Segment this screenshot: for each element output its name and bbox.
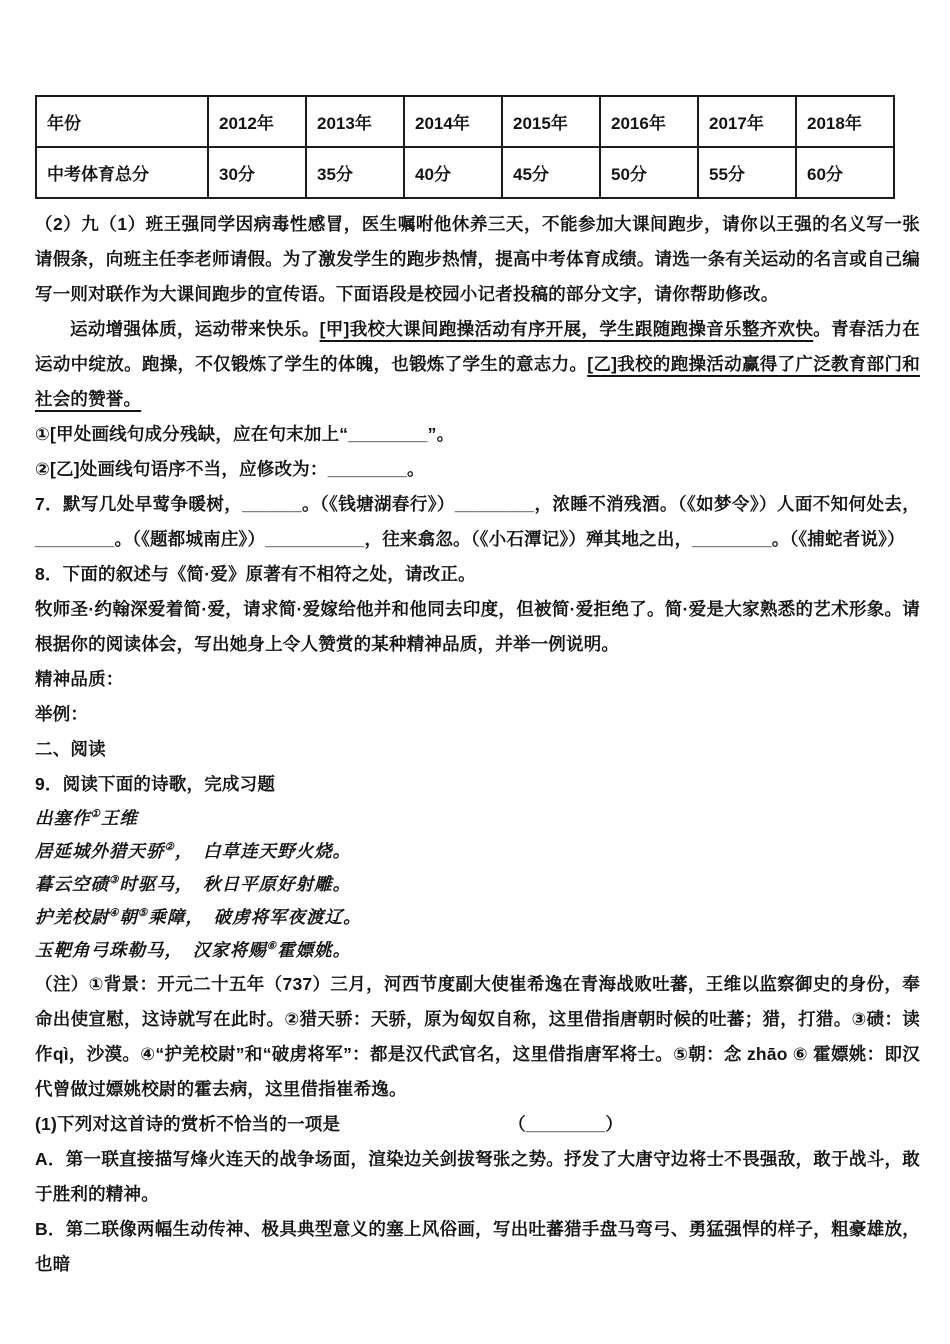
poem-line-2-a: 暮云空碛 [35, 874, 109, 894]
table-cell: 2015年 [502, 96, 600, 147]
poem-notes: （注）①背景：开元二十五年（737）三月，河西节度副大使崔希逸在青海战败吐蕃，王… [35, 967, 920, 1107]
option-b: B．第二联像两幅生动传神、极具典型意义的塞上风俗画，写出吐蕃猎手盘马弯弓、勇猛强… [35, 1212, 920, 1282]
table-data-row: 中考体育总分 30分 35分 40分 45分 50分 55分 60分 [36, 147, 894, 198]
table-cell: 30分 [208, 147, 306, 198]
poem-author: 王维 [101, 808, 138, 828]
poem-line-3: 护羌校尉④朝⑤乘障， 破虏将军夜渡辽。 [35, 901, 920, 934]
poem-title: 出塞作①王维 [35, 802, 920, 835]
q6-part2-text: （2）九（1）班王强同学因病毒性感冒，医生嘱咐他休养三天，不能参加大课间跑步，请… [35, 207, 920, 312]
poem-note-mark-1: ① [91, 809, 101, 820]
table-header-row: 年份 2012年 2013年 2014年 2015年 2016年 2017年 2… [36, 96, 894, 147]
option-a: A．第一联直接描写烽火连天的战争场面，渲染边关剑拔弩张之势。抒发了大唐守边将士不… [35, 1142, 920, 1212]
poem-line-3-b: 朝 [119, 907, 138, 927]
table-cell-year-label: 年份 [36, 96, 208, 147]
table-cell: 60分 [796, 147, 894, 198]
table-cell: 2014年 [404, 96, 502, 147]
q8-label-quality: 精神品质： [35, 662, 920, 697]
q8-label-example: 举例： [35, 697, 920, 732]
q9-sub1: (1)下列对这首诗的赏析不恰当的一项是（________） [35, 1107, 920, 1142]
poem-line-1: 居延城外猎天骄②， 白草连天野火烧。 [35, 835, 920, 868]
q8-stem: 8．下面的叙述与《简·爱》原著有不相符之处，请改正。 [35, 557, 920, 592]
table-cell: 2012年 [208, 96, 306, 147]
score-table: 年份 2012年 2013年 2014年 2015年 2016年 2017年 2… [35, 95, 895, 199]
poem-line-1-a: 居延城外猎天骄 [35, 841, 165, 861]
poem-note-mark-3: ③ [109, 875, 119, 886]
poem-line-3-a: 护羌校尉 [35, 907, 109, 927]
poem-title-text: 出塞作 [35, 808, 91, 828]
q6-passage: 运动增强体质，运动带来快乐。[甲]我校大课间跑操活动有序开展，学生跟随跑操音乐整… [35, 312, 920, 417]
table-cell: 55分 [698, 147, 796, 198]
table-cell: 45分 [502, 147, 600, 198]
q6-edit2: ②[乙]处画线句语序不当，应修改为：________。 [35, 452, 920, 487]
poem-note-mark-5: ⑤ [138, 908, 148, 919]
poem: 出塞作①王维 居延城外猎天骄②， 白草连天野火烧。 暮云空碛③时驱马， 秋日平原… [35, 802, 920, 967]
poem-line-2: 暮云空碛③时驱马， 秋日平原好射雕。 [35, 868, 920, 901]
poem-line-3-c: 乘障， 破虏将军夜渡辽。 [148, 907, 361, 927]
exam-page: 年份 2012年 2013年 2014年 2015年 2016年 2017年 2… [0, 0, 950, 1344]
q9-stem: 9．阅读下面的诗歌，完成习题 [35, 767, 920, 802]
table-cell: 50分 [600, 147, 698, 198]
poem-note-mark-4: ④ [109, 908, 119, 919]
table-cell: 35分 [306, 147, 404, 198]
poem-line-2-b: 时驱马， 秋日平原好射雕。 [119, 874, 351, 894]
q7-dictation: 7．默写几处早莺争暖树，______。（《钱塘湖春行》）________，浓睡不… [35, 487, 920, 557]
passage-intro: 运动增强体质，运动带来快乐。 [70, 319, 320, 339]
q9-sub1-answer-blank: （________） [508, 1114, 623, 1134]
section-2-heading: 二、阅读 [35, 732, 920, 767]
poem-line-4-a: 玉靶角弓珠勒马， 汉家将赐 [35, 940, 267, 960]
table-cell: 2013年 [306, 96, 404, 147]
table-cell: 2016年 [600, 96, 698, 147]
poem-line-4: 玉靶角弓珠勒马， 汉家将赐⑥霍嫖姚。 [35, 934, 920, 967]
table-cell: 2017年 [698, 96, 796, 147]
table-cell: 2018年 [796, 96, 894, 147]
q9-sub1-stem: (1)下列对这首诗的赏析不恰当的一项是 [35, 1114, 340, 1134]
q8-body: 牧师圣·约翰深爱着简·爱，请求简·爱嫁给他并和他同去印度，但被简·爱拒绝了。简·… [35, 592, 920, 662]
poem-note-mark-2: ② [165, 842, 175, 853]
poem-line-4-b: 霍嫖姚。 [277, 940, 351, 960]
table-cell-score-label: 中考体育总分 [36, 147, 208, 198]
passage-jia-underlined: [甲]我校大课间跑操活动有序开展，学生跟随跑操音乐整齐欢快 [320, 319, 814, 339]
table-cell: 40分 [404, 147, 502, 198]
poem-line-1-b: ， 白草连天野火烧。 [175, 841, 351, 861]
q6-edit1: ①[甲处画线句成分残缺，应在句末加上“________”。 [35, 417, 920, 452]
poem-note-mark-6: ⑥ [267, 941, 277, 952]
